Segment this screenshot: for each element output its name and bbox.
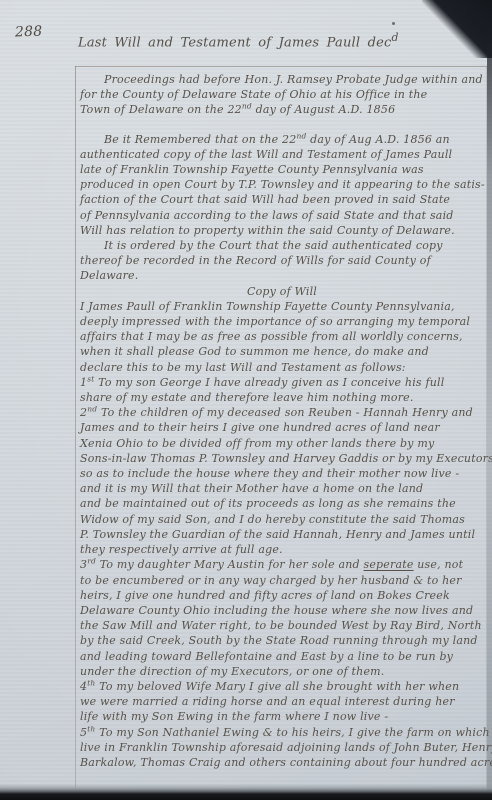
handwritten-line-33: to be encumbered or in any way charged b… (80, 573, 484, 588)
handwritten-line-11: It is ordered by the Court that the said… (80, 238, 484, 253)
handwritten-line-2: for the County of Delaware State of Ohio… (80, 87, 484, 102)
handwritten-line-8: faction of the Court that said Will had … (80, 192, 484, 207)
handwritten-line-35: Delaware County Ohio including the house… (80, 603, 484, 618)
handwritten-line-15: I James Paull of Franklin Township Fayet… (80, 299, 484, 314)
handwritten-line-34: heirs, I give one hundred and fifty acre… (80, 588, 484, 603)
handwritten-line-21: share of my estate and therefore leave h… (80, 390, 484, 405)
handwritten-line-3: Town of Delaware on the 22nd day of Augu… (80, 102, 484, 117)
ink-speck (392, 22, 395, 25)
handwritten-line-25: Sons-in-law Thomas P. Townsley and Harve… (80, 451, 484, 466)
handwritten-line-10: Will has relation to property within the… (80, 223, 484, 238)
will-record-text: Proceedings had before Hon. J. Ramsey Pr… (80, 72, 484, 770)
handwritten-line-29: Widow of my said Son, and I do hereby co… (80, 512, 484, 527)
handwritten-line-40: 4th To my beloved Wife Mary I give all s… (80, 679, 484, 694)
handwritten-line-19: declare this to be my last Will and Test… (80, 360, 484, 375)
handwritten-line-12: thereof be recorded in the Record of Wil… (80, 253, 484, 268)
handwritten-line-45: Barkalow, Thomas Craig and others contai… (80, 755, 484, 770)
handwritten-line-26: so as to include the house where they an… (80, 466, 484, 481)
handwritten-line-17: affairs that I may be as free as possibl… (80, 329, 484, 344)
header-rule-horizontal (75, 66, 487, 67)
handwritten-line-4: Be it Remembered that on the 22nd day of… (80, 132, 484, 147)
handwritten-line-37: by the said Creek, South by the State Ro… (80, 633, 484, 648)
handwritten-line-23: James and to their heirs I give one hund… (80, 420, 484, 435)
page-header-title: Last Will and Testament of James Paull d… (78, 31, 399, 50)
handwritten-line-42: life with my Son Ewing in the farm where… (80, 709, 484, 724)
margin-rule-vertical (75, 66, 76, 788)
handwritten-line-27: and it is my Will that their Mother have… (80, 481, 484, 496)
handwritten-line-16: deeply impressed with the importance of … (80, 314, 484, 329)
handwritten-line-31: they respectively arrive at full age. (80, 542, 484, 557)
handwritten-line-28: and be maintained out of its proceeds as… (80, 496, 484, 511)
document-photo: 288 Last Will and Testament of James Pau… (0, 0, 492, 800)
handwritten-line-36: the Saw Mill and Water right, to be boun… (80, 618, 484, 633)
handwritten-line-13: Delaware. (80, 268, 484, 283)
handwritten-line-30: P. Townsley the Guardian of the said Han… (80, 527, 484, 542)
photo-corner-dark-top-right (422, 0, 492, 58)
handwritten-line-38: and leading toward Bellefontaine and Eas… (80, 649, 484, 664)
handwritten-line-39: under the direction of my Executors, or … (80, 664, 484, 679)
handwritten-line-9: of Pennsylvania according to the laws of… (80, 208, 484, 223)
handwritten-line-20: 1st To my son George I have already give… (80, 375, 484, 390)
handwritten-line-18: when it shall please God to summon me he… (80, 344, 484, 359)
handwritten-line-7: produced in open Court by T.P. Townsley … (80, 177, 484, 192)
photo-edge-right (487, 0, 492, 800)
handwritten-line-22: 2nd To the children of my deceased son R… (80, 405, 484, 420)
handwritten-line-5: authenticated copy of the last Will and … (80, 147, 484, 162)
page-number: 288 (15, 24, 43, 41)
handwritten-line-43: 5th To my Son Nathaniel Ewing & to his h… (80, 725, 484, 740)
handwritten-line-1: Proceedings had before Hon. J. Ramsey Pr… (80, 72, 484, 87)
photo-edge-bottom (0, 784, 492, 800)
handwritten-line-14: Copy of Will (80, 284, 484, 299)
handwritten-line-24: Xenia Ohio to be divided off from my oth… (80, 436, 484, 451)
handwritten-line-32: 3rd To my daughter Mary Austin for her s… (80, 557, 484, 572)
handwritten-line-44: live in Franklin Township aforesaid adjo… (80, 740, 484, 755)
handwritten-line-41: we were married a riding horse and an eq… (80, 694, 484, 709)
handwritten-line-6: late of Franklin Township Fayette County… (80, 162, 484, 177)
